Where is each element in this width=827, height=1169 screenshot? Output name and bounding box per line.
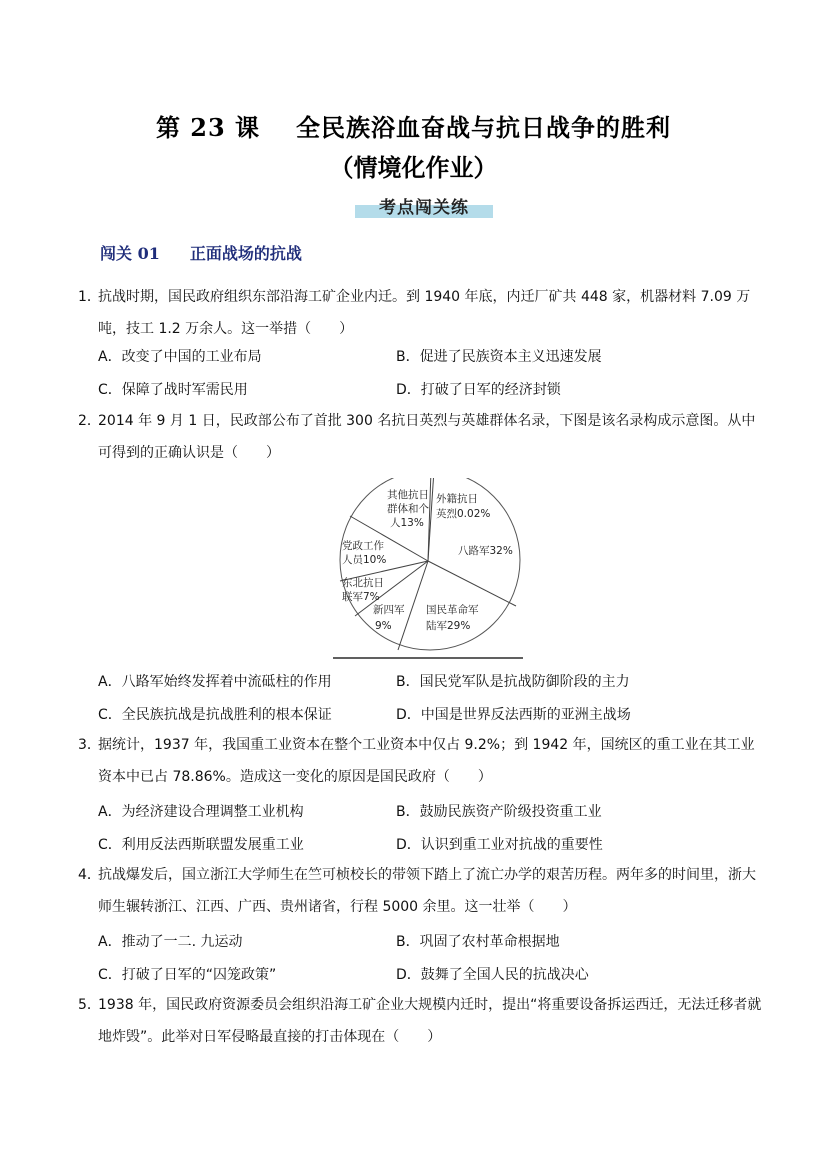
- option-a[interactable]: A．推动了一二. 九运动: [98, 931, 242, 951]
- label-new-fourth-2: 9%: [375, 620, 392, 632]
- option-d[interactable]: D．打破了日军的经济封锁: [396, 379, 561, 399]
- question-4: 4． 抗战爆发后，国立浙江大学师生在竺可桢校长的带领下踏上了流亡办学的艰苦历程。…: [78, 859, 768, 923]
- lesson-title: 第 23 课全民族浴血奋战与抗日战争的胜利: [0, 108, 827, 143]
- label-northeast-2: 联军7%: [342, 591, 380, 603]
- question-2: 2． 2014 年 9 月 1 日，民政部公布了首批 300 名抗日英烈与英雄群…: [78, 405, 768, 469]
- pie-chart-svg: 其他抗日 群体和个 人13% 外籍抗日 英烈0.02% 八路军32% 党政工作 …: [330, 478, 526, 660]
- option-b[interactable]: B．促进了民族资本主义迅速发展: [396, 346, 602, 366]
- label-party: 党政工作: [342, 539, 384, 552]
- option-b[interactable]: B．国民党军队是抗战防御阶段的主力: [396, 671, 630, 691]
- question-stem: 抗战爆发后，国立浙江大学师生在竺可桢校长的带领下踏上了流亡办学的艰苦历程。两年多…: [98, 859, 768, 923]
- option-c[interactable]: C．利用反法西斯联盟发展重工业: [98, 834, 304, 854]
- section-label: 闯关 01: [100, 244, 160, 263]
- roster-pie-chart: 其他抗日 群体和个 人13% 外籍抗日 英烈0.02% 八路军32% 党政工作 …: [330, 478, 526, 660]
- question-3: 3． 据统计，1937 年，我国重工业资本在整个工业资本中仅占 9.2%；到 1…: [78, 729, 768, 793]
- question-stem: 据统计，1937 年，我国重工业资本在整个工业资本中仅占 9.2%；到 1942…: [98, 729, 768, 793]
- label-foreign: 外籍抗日: [436, 492, 478, 505]
- lesson-subtitle: （情境化作业）: [0, 148, 827, 183]
- question-stem: 2014 年 9 月 1 日，民政部公布了首批 300 名抗日英烈与英雄群体名录…: [98, 405, 768, 469]
- question-stem: 1938 年，国民政府资源委员会组织沿海工矿企业大规模内迁时，提出“将重要设备拆…: [98, 989, 768, 1053]
- label-other-2: 群体和个: [387, 502, 429, 515]
- option-d[interactable]: D．鼓舞了全国人民的抗战决心: [396, 964, 589, 984]
- option-c[interactable]: C．保障了战时军需民用: [98, 379, 248, 399]
- section-badge: 考点闯关练: [355, 193, 493, 221]
- lesson-name: 全民族浴血奋战与抗日战争的胜利: [296, 113, 671, 142]
- option-b[interactable]: B．巩固了农村革命根据地: [396, 931, 560, 951]
- option-c[interactable]: C．全民族抗战是抗战胜利的根本保证: [98, 704, 332, 724]
- label-eighth-route: 八路军32%: [458, 544, 513, 557]
- badge-label: 考点闯关练: [355, 193, 493, 218]
- question-stem: 抗战时期，国民政府组织东部沿海工矿企业内迁。到 1940 年底，内迁厂矿共 44…: [98, 281, 768, 345]
- question-number: 3．: [78, 729, 98, 761]
- label-other-3: 人13%: [390, 516, 424, 529]
- label-foreign-2: 英烈0.02%: [436, 507, 490, 520]
- option-a[interactable]: A．改变了中国的工业布局: [98, 346, 262, 366]
- option-a[interactable]: A．八路军始终发挥着中流砥柱的作用: [98, 671, 332, 691]
- option-b[interactable]: B．鼓励民族资产阶级投资重工业: [396, 801, 602, 821]
- label-nra: 国民革命军: [426, 603, 479, 616]
- question-number: 1．: [78, 281, 98, 313]
- question-5: 5． 1938 年，国民政府资源委员会组织沿海工矿企业大规模内迁时，提出“将重要…: [78, 989, 768, 1053]
- label-nra-2: 陆军29%: [426, 619, 470, 632]
- question-number: 2．: [78, 405, 98, 437]
- section-title: 正面战场的抗战: [190, 244, 302, 263]
- option-d[interactable]: D．认识到重工业对抗战的重要性: [396, 834, 603, 854]
- question-number: 4．: [78, 859, 98, 891]
- option-c[interactable]: C．打破了日军的“囚笼政策”: [98, 964, 276, 984]
- option-a[interactable]: A．为经济建设合理调整工业机构: [98, 801, 304, 821]
- label-party-2: 人员10%: [342, 553, 386, 566]
- option-d[interactable]: D．中国是世界反法西斯的亚洲主战场: [396, 704, 631, 724]
- label-new-fourth: 新四军: [373, 604, 405, 616]
- section-heading: 闯关 01正面战场的抗战: [100, 241, 302, 264]
- question-1: 1． 抗战时期，国民政府组织东部沿海工矿企业内迁。到 1940 年底，内迁厂矿共…: [78, 281, 768, 345]
- lesson-number: 第 23 课: [156, 113, 260, 142]
- label-northeast: 东北抗日: [342, 576, 384, 589]
- question-number: 5．: [78, 989, 98, 1021]
- label-other: 其他抗日: [387, 488, 429, 501]
